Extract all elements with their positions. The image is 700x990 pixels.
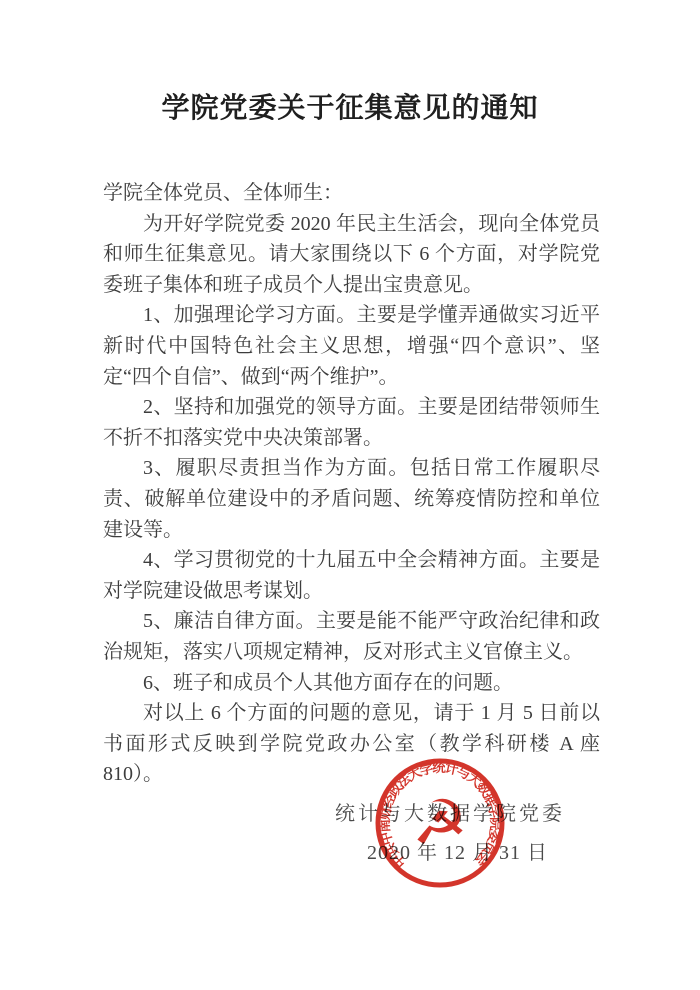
- signature-line: 统计与大数据学院党委: [335, 797, 565, 826]
- notice-document: 学院党委关于征集意见的通知 学院全体党员、全体师生： 为开好学院党委 2020 …: [0, 0, 700, 990]
- salutation: 学院全体党员、全体师生：: [103, 178, 600, 209]
- date-line: 2020 年 12 月 31 日: [367, 836, 548, 865]
- paragraph-closing: 对以上 6 个方面的问题的意见，请于 1 月 5 日前以书面形式反映到学院党政办…: [103, 698, 600, 790]
- paragraph-item-6: 6、班子和成员个人其他方面存在的问题。: [103, 668, 600, 699]
- paragraph-item-4: 4、学习贯彻党的十九届五中全会精神方面。主要是对学院建设做思考谋划。: [103, 545, 600, 606]
- paragraph-intro: 为开好学院党委 2020 年民主生活会，现向全体党员和师生征集意见。请大家围绕以…: [103, 209, 600, 301]
- paragraph-item-5: 5、廉洁自律方面。主要是能不能严守政治纪律和政治规矩，落实八项规定精神，反对形式…: [103, 606, 600, 667]
- paragraph-item-2: 2、坚持和加强党的领导方面。主要是团结带领师生不折不扣落实党中央决策部署。: [103, 392, 600, 453]
- paragraph-item-1: 1、加强理论学习方面。主要是学懂弄通做实习近平新时代中国特色社会主义思想，增强“…: [103, 300, 600, 392]
- notice-title: 学院党委关于征集意见的通知: [0, 86, 700, 126]
- paragraph-item-3: 3、履职尽责担当作为方面。包括日常工作履职尽责、破解单位建设中的矛盾问题、统筹疫…: [103, 453, 600, 545]
- notice-body: 学院全体党员、全体师生： 为开好学院党委 2020 年民主生活会，现向全体党员和…: [103, 178, 600, 790]
